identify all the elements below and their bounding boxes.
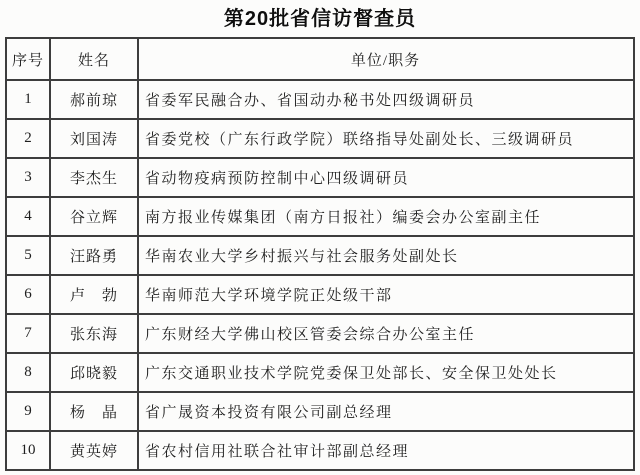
table-row: 9杨 晶省广晟资本投资有限公司副总经理 bbox=[6, 392, 634, 431]
table-row: 1郝前琼省委军民融合办、省国动办秘书处四级调研员 bbox=[6, 80, 634, 119]
cell-name: 卢 勃 bbox=[50, 275, 138, 314]
column-header-no: 序号 bbox=[6, 38, 50, 80]
cell-unit: 广东财经大学佛山校区管委会综合办公室主任 bbox=[138, 314, 634, 353]
table-row: 7张东海广东财经大学佛山校区管委会综合办公室主任 bbox=[6, 314, 634, 353]
cell-unit: 省广晟资本投资有限公司副总经理 bbox=[138, 392, 634, 431]
table-row: 5汪路勇华南农业大学乡村振兴与社会服务处副处长 bbox=[6, 236, 634, 275]
cell-no: 4 bbox=[6, 197, 50, 236]
table-row: 10黄英婷省农村信用社联合社审计部副总经理 bbox=[6, 431, 634, 470]
table-row: 4谷立辉南方报业传媒集团（南方日报社）编委会办公室副主任 bbox=[6, 197, 634, 236]
cell-name: 杨 晶 bbox=[50, 392, 138, 431]
cell-no: 9 bbox=[6, 392, 50, 431]
table-header: 序号 姓名 单位/职务 bbox=[6, 38, 634, 80]
table-row: 3李杰生省动物疫病预防控制中心四级调研员 bbox=[6, 158, 634, 197]
page-title: 第20批省信访督查员 bbox=[0, 0, 640, 32]
cell-no: 6 bbox=[6, 275, 50, 314]
cell-unit: 广东交通职业技术学院党委保卫处部长、安全保卫处处长 bbox=[138, 353, 634, 392]
table-row: 2刘国涛省委党校（广东行政学院）联络指导处副处长、三级调研员 bbox=[6, 119, 634, 158]
table-body: 1郝前琼省委军民融合办、省国动办秘书处四级调研员2刘国涛省委党校（广东行政学院）… bbox=[6, 80, 634, 470]
cell-no: 1 bbox=[6, 80, 50, 119]
cell-no: 10 bbox=[6, 431, 50, 470]
table-row: 6卢 勃华南师范大学环境学院正处级干部 bbox=[6, 275, 634, 314]
cell-no: 7 bbox=[6, 314, 50, 353]
column-header-unit: 单位/职务 bbox=[138, 38, 634, 80]
cell-name: 李杰生 bbox=[50, 158, 138, 197]
header-row: 序号 姓名 单位/职务 bbox=[6, 38, 634, 80]
cell-unit: 华南师范大学环境学院正处级干部 bbox=[138, 275, 634, 314]
cell-no: 8 bbox=[6, 353, 50, 392]
cell-no: 5 bbox=[6, 236, 50, 275]
cell-unit: 华南农业大学乡村振兴与社会服务处副处长 bbox=[138, 236, 634, 275]
cell-unit: 南方报业传媒集团（南方日报社）编委会办公室副主任 bbox=[138, 197, 634, 236]
cell-unit: 省委军民融合办、省国动办秘书处四级调研员 bbox=[138, 80, 634, 119]
cell-unit: 省委党校（广东行政学院）联络指导处副处长、三级调研员 bbox=[138, 119, 634, 158]
cell-name: 黄英婷 bbox=[50, 431, 138, 470]
cell-name: 汪路勇 bbox=[50, 236, 138, 275]
column-header-name: 姓名 bbox=[50, 38, 138, 80]
cell-name: 郝前琼 bbox=[50, 80, 138, 119]
cell-name: 谷立辉 bbox=[50, 197, 138, 236]
cell-unit: 省农村信用社联合社审计部副总经理 bbox=[138, 431, 634, 470]
cell-no: 3 bbox=[6, 158, 50, 197]
inspectors-table: 序号 姓名 单位/职务 1郝前琼省委军民融合办、省国动办秘书处四级调研员2刘国涛… bbox=[5, 37, 635, 471]
cell-no: 2 bbox=[6, 119, 50, 158]
cell-unit: 省动物疫病预防控制中心四级调研员 bbox=[138, 158, 634, 197]
table-row: 8邱晓毅广东交通职业技术学院党委保卫处部长、安全保卫处处长 bbox=[6, 353, 634, 392]
cell-name: 张东海 bbox=[50, 314, 138, 353]
cell-name: 刘国涛 bbox=[50, 119, 138, 158]
cell-name: 邱晓毅 bbox=[50, 353, 138, 392]
